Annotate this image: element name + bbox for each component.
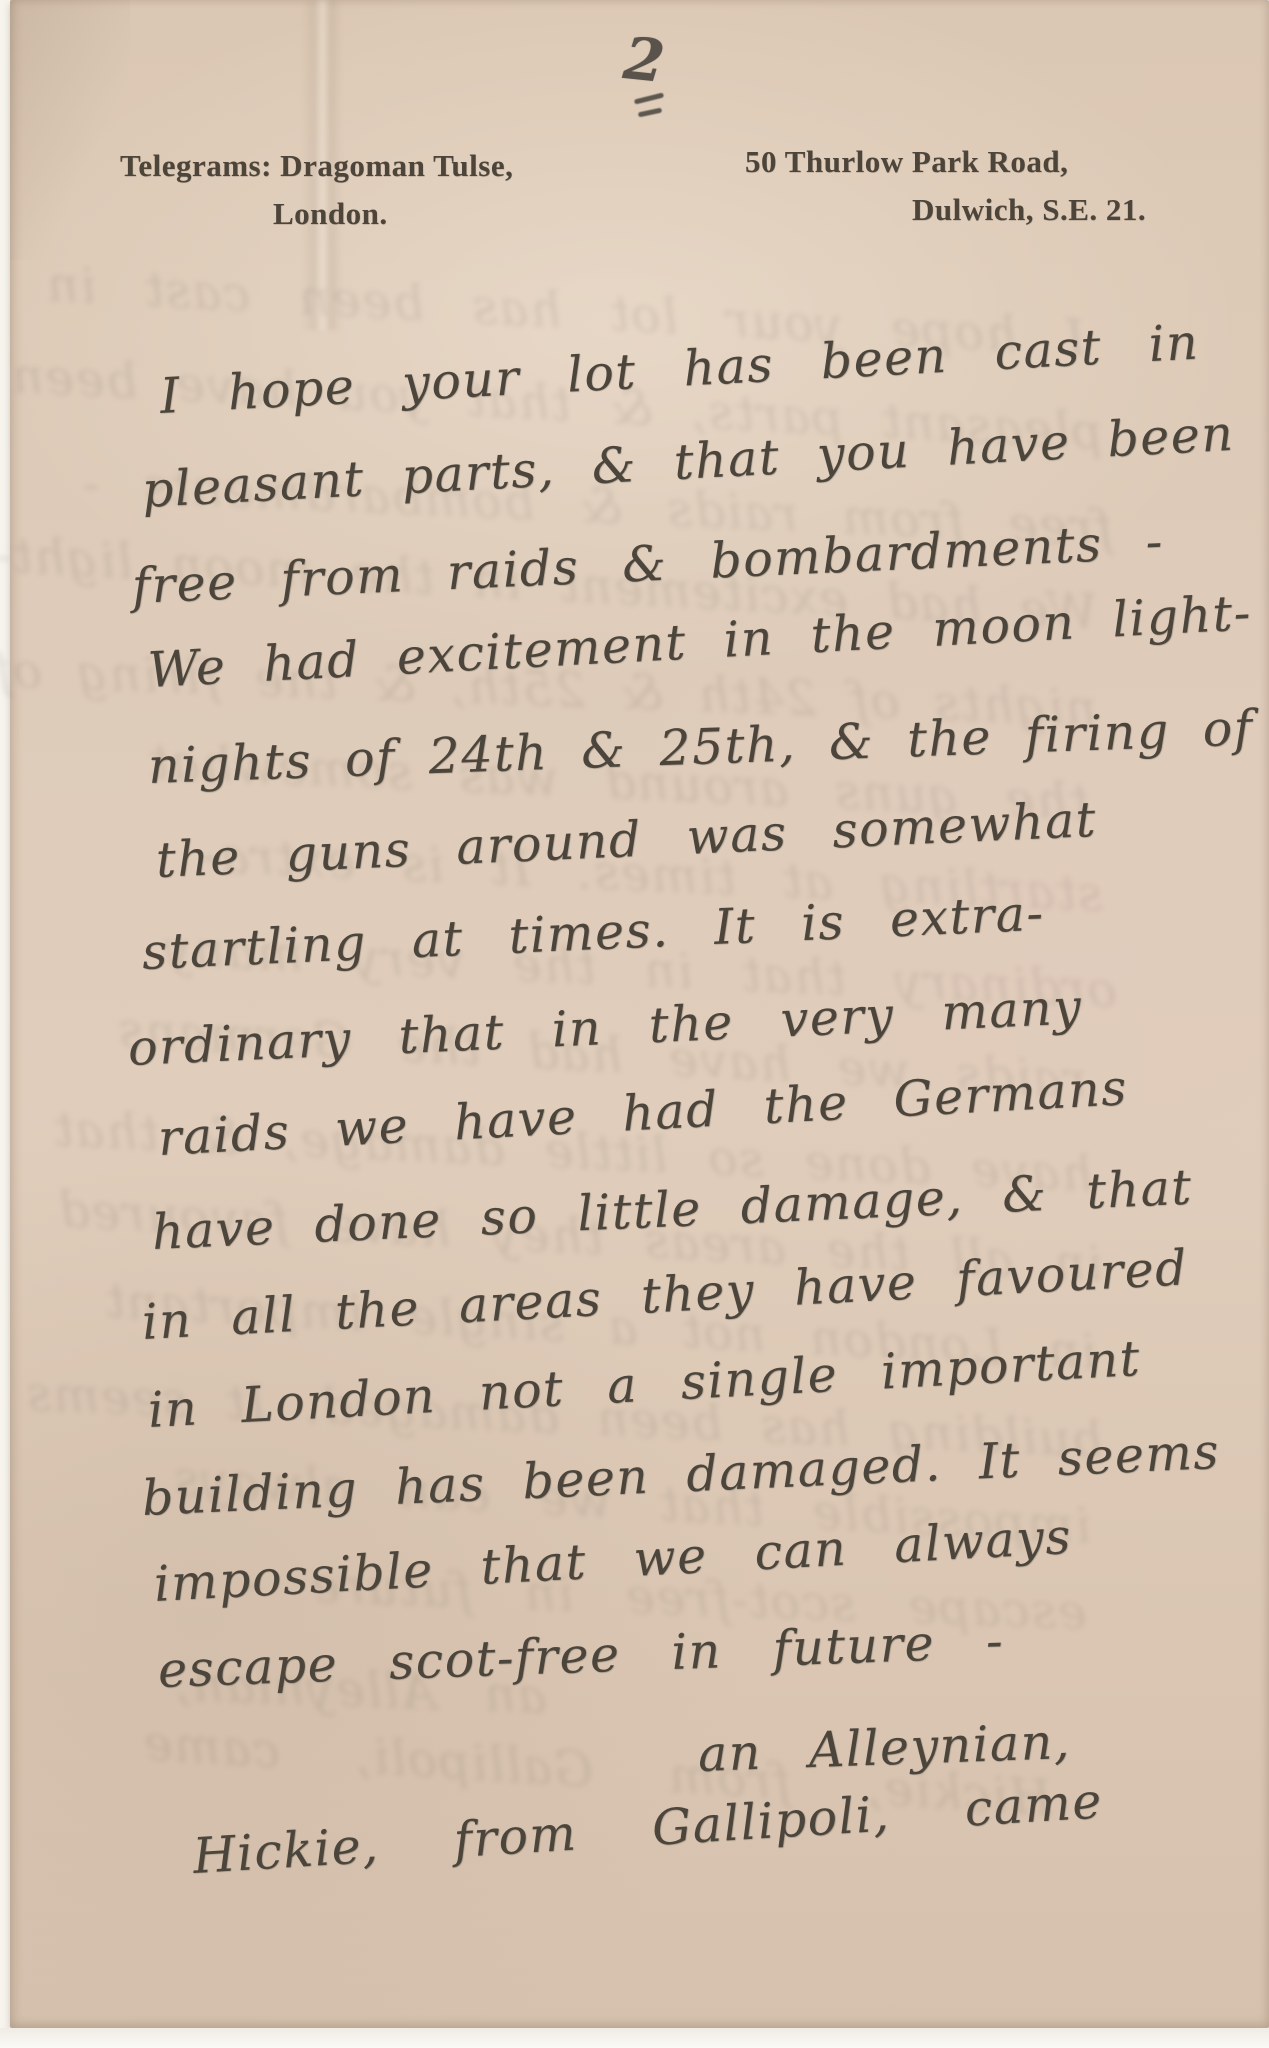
handwriting-line: ordinary that in the very many (127, 978, 1084, 1077)
handwriting-line: pleasant parts, & that you have been (141, 405, 1236, 519)
handwriting-line: I hope your lot has been cast in (159, 314, 1201, 425)
scanner-background (0, 2028, 1269, 2048)
scanned-letter: { "document": { "page_number": "2", "let… (0, 0, 1269, 2048)
handwriting-line: have done so little damage, & that (151, 1159, 1194, 1261)
handwriting-line: startling at times. It is extra- (141, 885, 1046, 981)
handwriting-line: in London not a single important (147, 1330, 1143, 1439)
handwriting-line: impossible that we can always (153, 1508, 1074, 1613)
handwriting-line: raids we have had the Germans (157, 1059, 1130, 1167)
handwriting-line: the guns around was somewhat (155, 791, 1098, 889)
handwriting-line: nights of 24th & 25th, & the firing of (147, 699, 1254, 795)
letter-page: I hope your lot has been cast inpleasant… (10, 0, 1269, 2028)
handwriting-line: an Alleynian, (697, 1713, 1072, 1783)
handwriting-line: escape scot-free in future - (157, 1612, 1005, 1699)
handwriting-line: in all the areas they have favoured (141, 1239, 1190, 1351)
handwriting-line: Hickie, from Gallipoli, came (191, 1772, 1104, 1885)
letter-body: I hope your lot has been cast inpleasant… (10, 0, 1269, 2028)
